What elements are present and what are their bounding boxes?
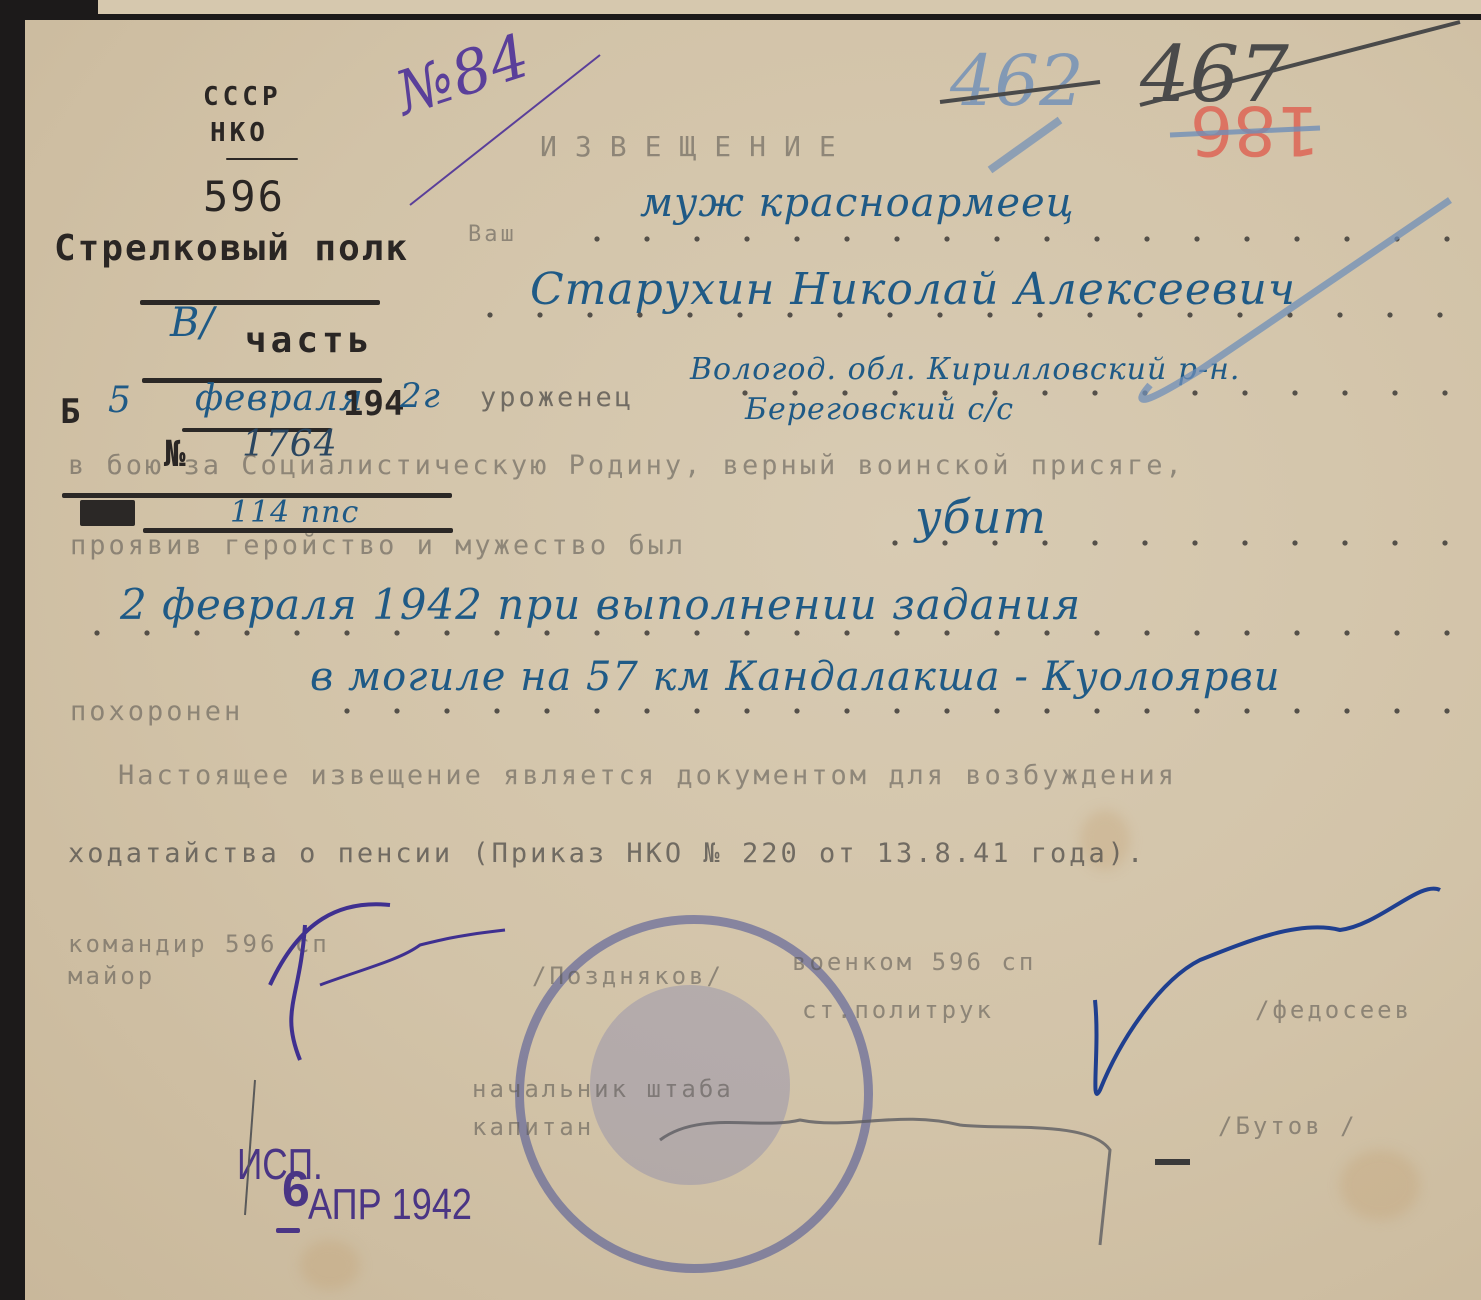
fill-dots	[870, 540, 1480, 546]
line-pension-2: ходатайства о пенсии (Приказ НКО № 220 о…	[68, 838, 1146, 869]
line-pension-1: Настоящее извещение является документом …	[118, 760, 1177, 791]
paper-edge-top	[98, 0, 1481, 14]
commander-title: командир 596 сп	[68, 930, 330, 958]
commander-name: /Поздняков/	[532, 962, 724, 990]
commissar-rank: ст.политрук	[802, 996, 994, 1024]
execution-underline	[276, 1228, 300, 1233]
fate-status: убит	[915, 490, 1047, 544]
line-oath: в бою за Социалистическую Родину, верный…	[68, 450, 1185, 481]
unit-hand: В/	[170, 300, 215, 346]
date-letter: Б	[60, 392, 84, 432]
paper-stain	[300, 1240, 360, 1290]
regiment-name: Стрелковый полк	[54, 228, 409, 269]
burial-place: в могиле на 57 км Кандалакша - Куолоярви	[310, 654, 1281, 700]
red-pencil-number: 186	[1190, 90, 1320, 169]
birthplace-region: Вологод. обл. Кирилловский р-н.	[690, 352, 1240, 387]
line-ваш: Ваш	[468, 222, 517, 247]
execution-day: 6	[282, 1160, 310, 1218]
sub-unit: 114 ппс	[230, 495, 359, 530]
crossed-pencil-number: 462	[950, 40, 1084, 122]
paper-stain	[1340, 1150, 1420, 1220]
document-title: ИЗВЕЩЕНИЕ	[540, 130, 854, 163]
chief-name: /Бутов /	[1218, 1112, 1358, 1140]
fill-dots	[72, 630, 1481, 636]
soldier-name: Старухин Николай Алексеевич	[530, 264, 1296, 315]
commissar-title: военком 596 сп	[792, 948, 1036, 976]
date-day: 5	[108, 380, 132, 421]
fill-dots	[322, 708, 1481, 714]
date-month: февраля	[195, 378, 364, 419]
label-buried: похоронен	[70, 696, 243, 727]
death-date-circumstances: 2 февраля 1942 при выполнении задания	[120, 580, 1081, 629]
fill-dots	[465, 312, 1475, 318]
recipient-relation: муж красноармеец	[640, 180, 1075, 226]
unit-number: 596	[203, 172, 285, 221]
date-year-hand: 2г	[400, 376, 441, 416]
chief-rank: капитан	[472, 1113, 594, 1141]
birthplace-village: Береговский с/с	[745, 392, 1014, 427]
header-ministry: НКО	[210, 118, 269, 148]
fill-dots	[572, 236, 1472, 242]
header-divider	[226, 158, 298, 160]
date-year-print: 194	[343, 384, 404, 424]
label-birthplace: уроженец	[480, 382, 634, 413]
header-country: СССР	[203, 82, 282, 112]
commissar-name: /федосеев	[1255, 996, 1412, 1024]
commander-rank: майор	[68, 962, 155, 990]
line-heroism: проявив геройство и мужество был	[70, 530, 686, 561]
execution-date: АПР 1942	[308, 1180, 472, 1230]
unit-label: часть	[245, 320, 373, 361]
chief-title: начальник штаба	[472, 1075, 734, 1103]
ink-blot	[80, 500, 135, 526]
